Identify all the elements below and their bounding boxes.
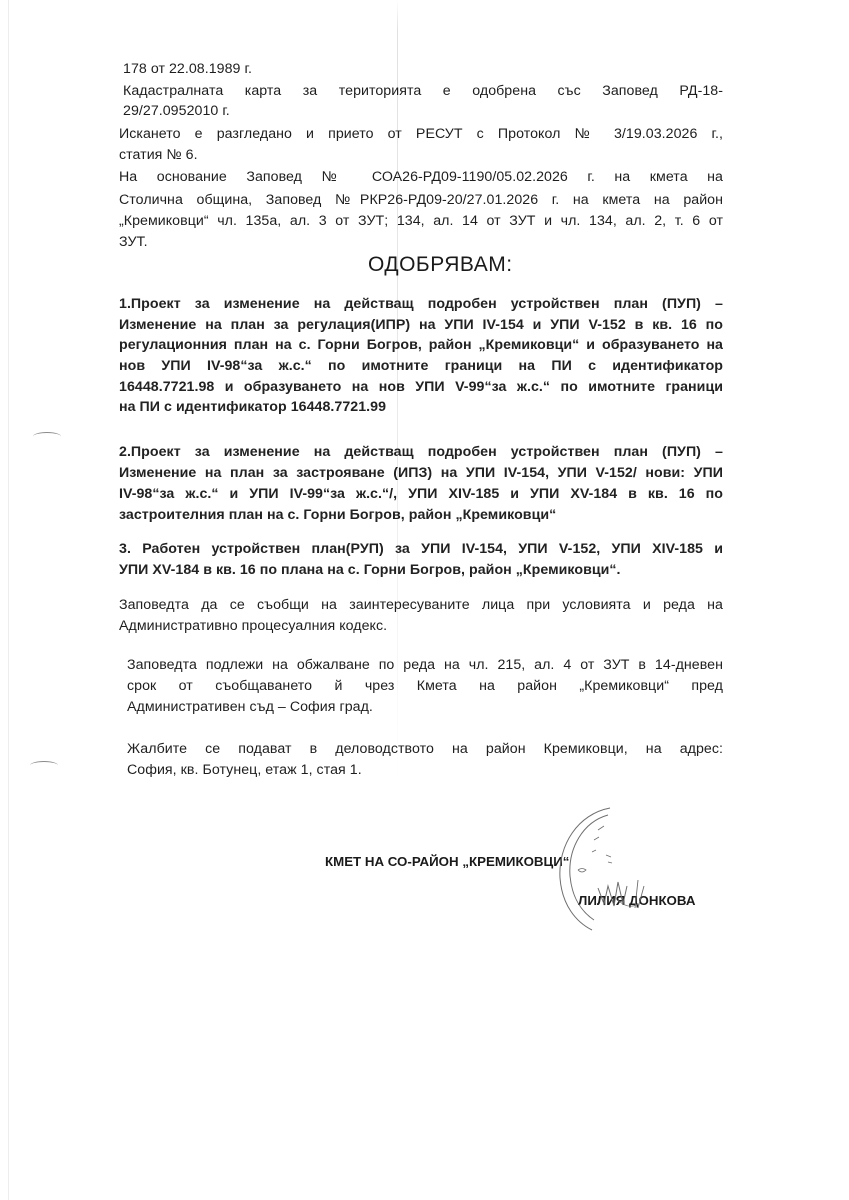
- intro-line: ЗУТ.: [119, 233, 148, 251]
- complaints-line: Жалбите се подават в деловодството на ра…: [127, 740, 723, 758]
- item1-line: нов УПИ IV-98“за ж.с.“ по имотните грани…: [119, 357, 723, 375]
- notice-line: Административно процесуалния кодекс.: [119, 617, 387, 635]
- appeal-line: Административен съд – София град.: [127, 698, 373, 716]
- approval-heading: ОДОБРЯВАМ:: [368, 253, 513, 277]
- scan-edge: [8, 0, 9, 1200]
- appeal-line: срок от съобщаването й чрез Кмета на рай…: [127, 677, 723, 695]
- punch-hole-mark-icon: [30, 761, 58, 770]
- item2-line: Изменение на план за застрояване (ИПЗ) н…: [119, 464, 723, 482]
- intro-line: 178 от 22.08.1989 г.: [123, 60, 252, 78]
- item1-line: 1.Проект за изменение на действащ подроб…: [119, 295, 723, 313]
- item2-line: IV-98“за ж.с.“ и УПИ IV-99“за ж.с.“/, УП…: [119, 485, 723, 503]
- notice-line: Заповедта да се съобщи на заинтересувани…: [119, 596, 723, 614]
- item1-line: Изменение на план за регулация(ИПР) на У…: [119, 316, 723, 334]
- appeal-line: Заповедта подлежи на обжалване по реда н…: [127, 656, 723, 674]
- item1-line: 16448.7721.98 и образуването на нов УПИ …: [119, 378, 723, 396]
- intro-line: Искането е разгледано и прието от РЕСУТ …: [119, 125, 723, 143]
- document-page: 178 от 22.08.1989 г. Кадастралната карта…: [0, 0, 849, 1200]
- item2-line: 2.Проект за изменение на действащ подроб…: [119, 443, 723, 461]
- mayor-name: ЛИЛИЯ ДОНКОВА: [578, 893, 695, 908]
- item1-line: на ПИ с идентификатор 16448.7721.99: [119, 398, 386, 416]
- intro-line: статия № 6.: [119, 146, 198, 164]
- complaints-line: София, кв. Ботунец, етаж 1, стая 1.: [127, 761, 362, 779]
- item2-line: застроителния план на с. Горни Богров, р…: [119, 506, 556, 524]
- intro-line: Кадастралната карта за територията е одо…: [123, 82, 723, 100]
- intro-line: На основание Заповед № СОА26-РД09-1190/0…: [119, 168, 723, 186]
- mayor-title: КМЕТ НА СО-РАЙОН „КРЕМИКОВЦИ“: [325, 854, 569, 869]
- item3-line: УПИ XV-184 в кв. 16 по плана на с. Горни…: [119, 561, 621, 579]
- intro-line: Столична община, Заповед №РКР26-РД09-20/…: [119, 191, 723, 209]
- intro-line: 29/27.0952010 г.: [123, 102, 230, 120]
- item1-line: регулационния план на с. Горни Богров, р…: [119, 336, 723, 354]
- item3-line: 3. Работен устройствен план(РУП) за УПИ …: [119, 540, 723, 558]
- punch-hole-mark-icon: [33, 432, 61, 441]
- intro-line: „Кремиковци“ чл. 135а, ал. 3 от ЗУТ; 134…: [119, 212, 723, 230]
